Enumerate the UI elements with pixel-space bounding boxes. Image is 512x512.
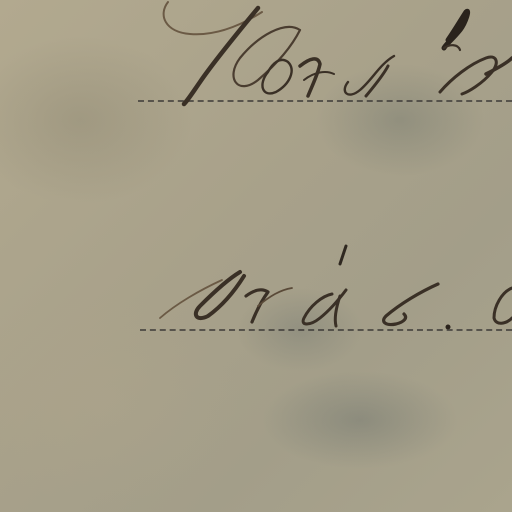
word-vras: [160, 246, 512, 330]
handwriting-ink: [0, 0, 512, 512]
document-page: Corda vrás. c: [0, 0, 512, 512]
word-corda: [164, 2, 512, 104]
